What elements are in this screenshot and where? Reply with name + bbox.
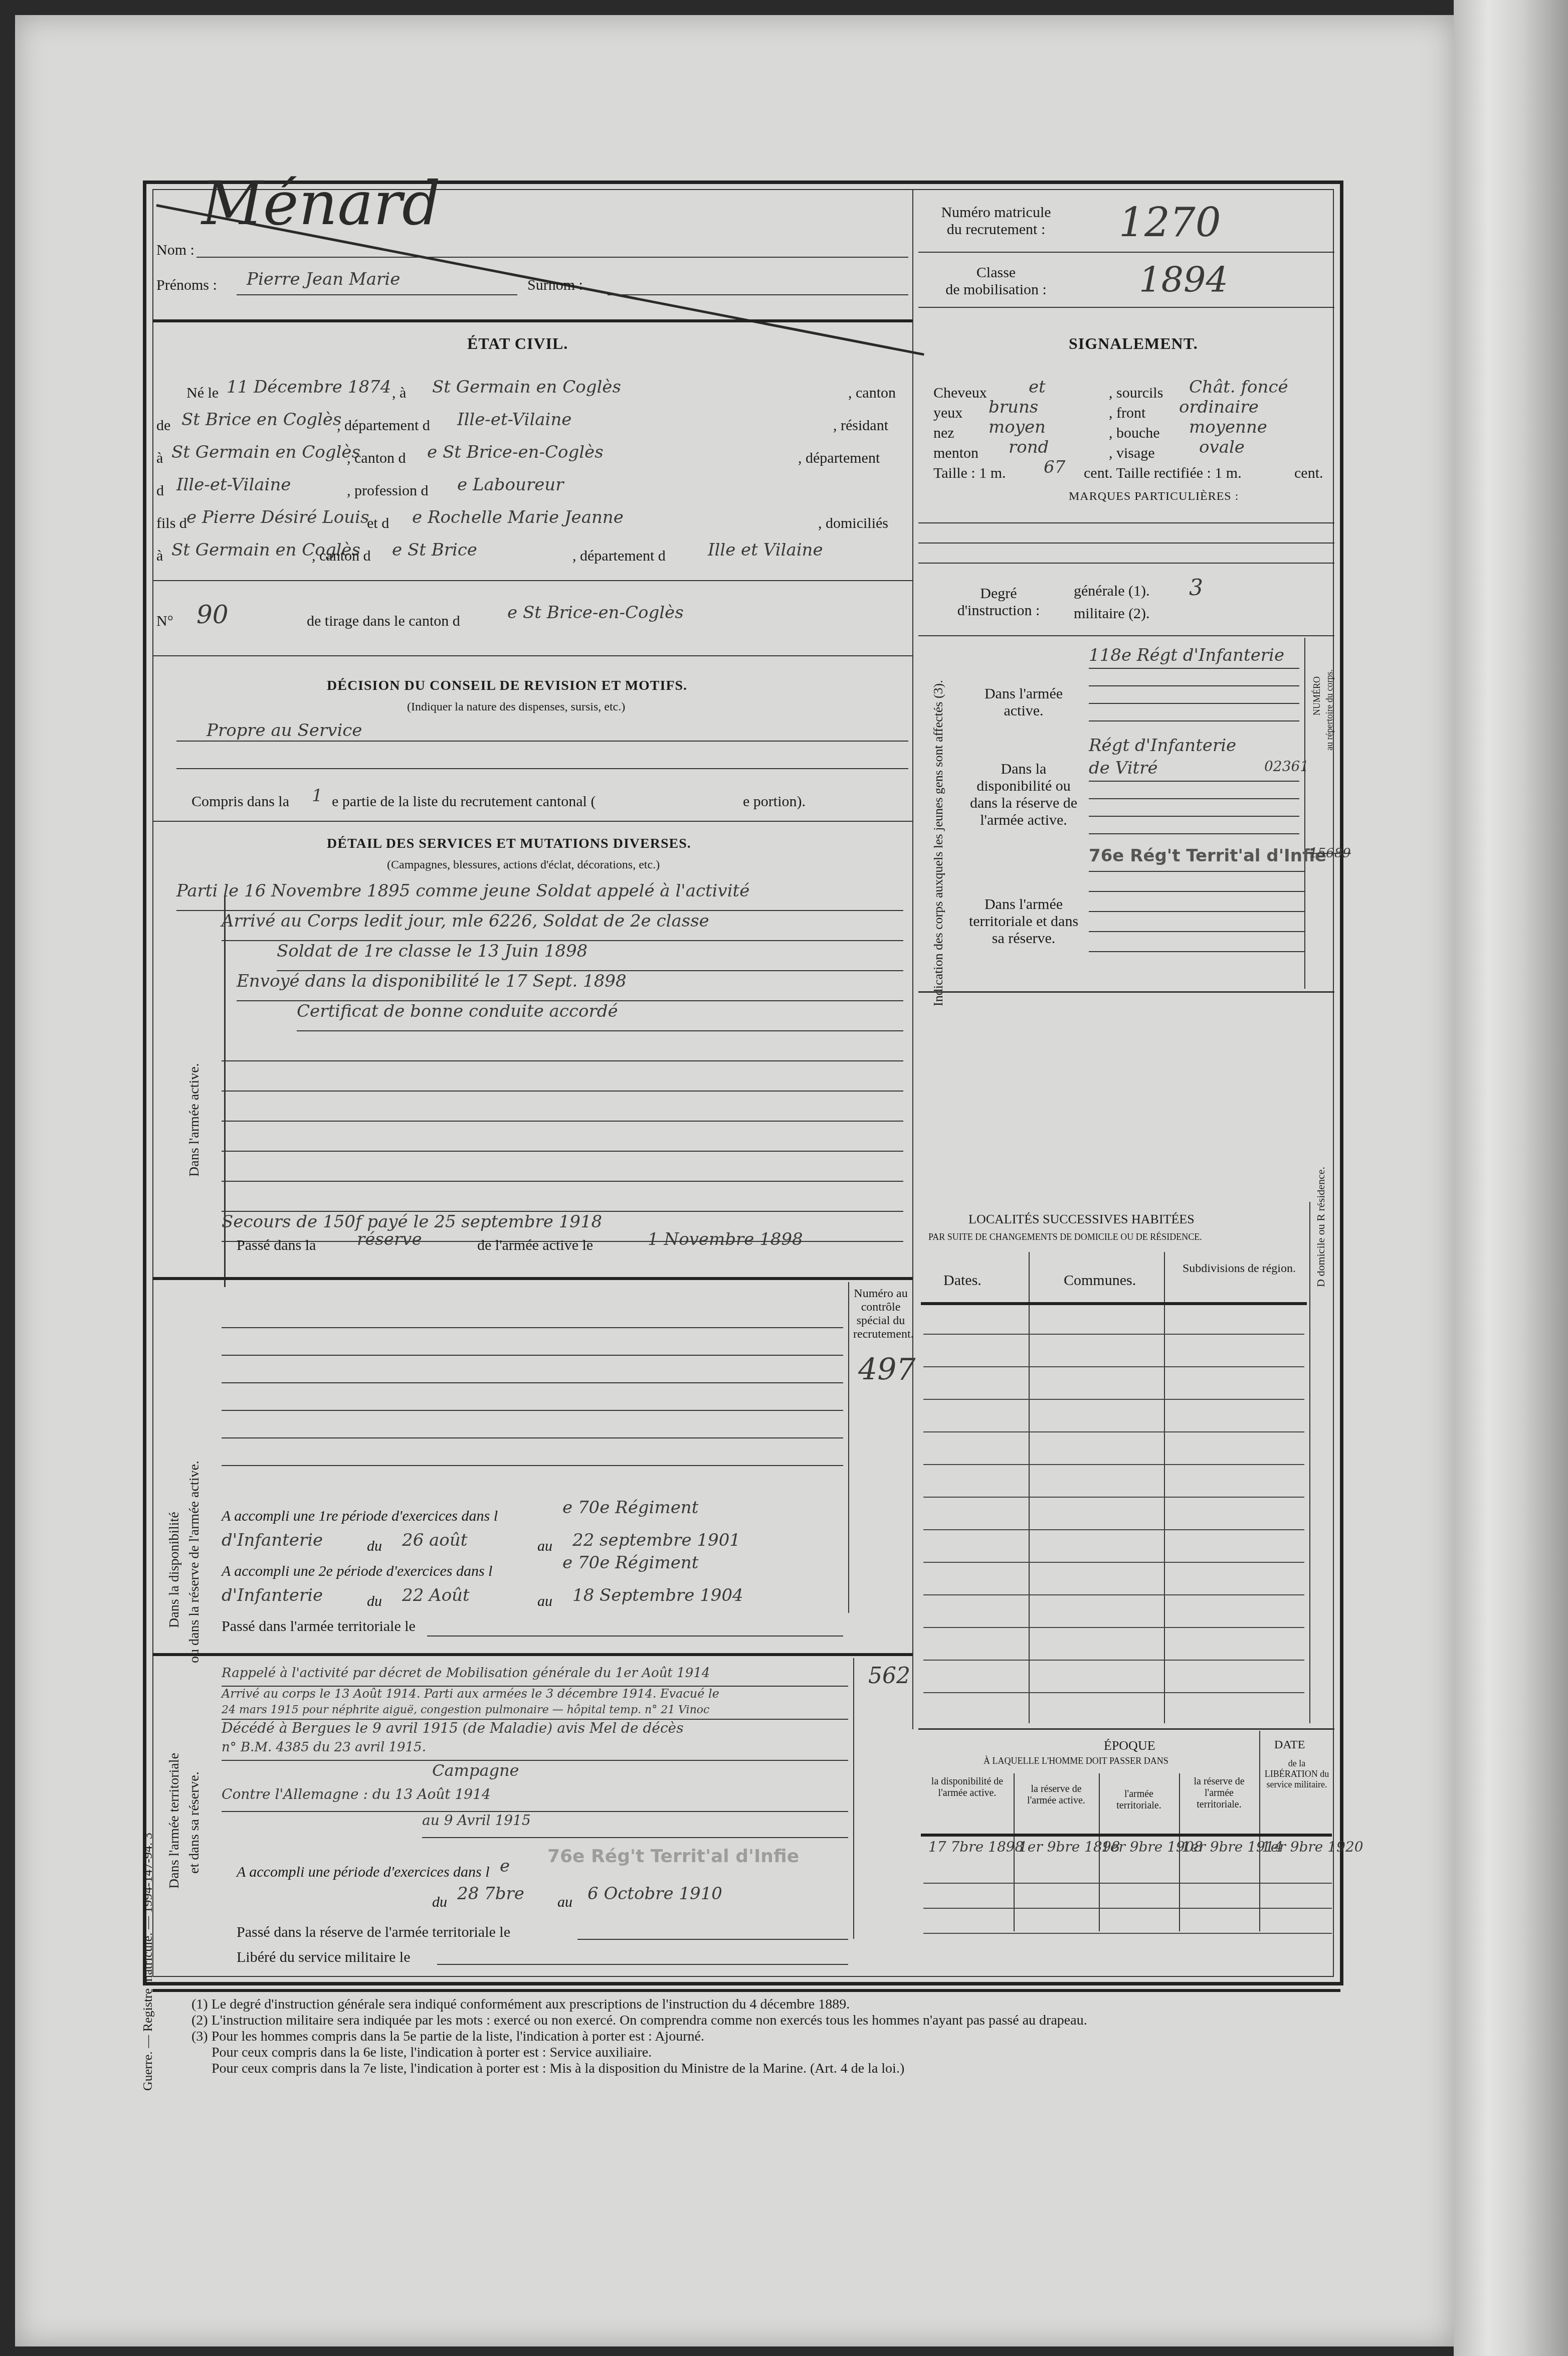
periode1-corps-2: d'Infanterie [222, 1530, 323, 1550]
tirage-canton: e St Brice-en-Coglès [507, 603, 684, 623]
blank-line [1089, 703, 1299, 704]
footnote: (1) Le degré d'instruction générale sera… [191, 1997, 1087, 2013]
canton2-label: , canton d [347, 450, 406, 467]
classe-label-line2: de mobilisation : [928, 281, 1064, 298]
territoriale-stamp: 76e Rég't Territ'al d'Infie [547, 1846, 799, 1867]
territoriale-entry: au 9 Avril 1915 [422, 1812, 848, 1838]
tirage-no-value: 90 [197, 600, 229, 629]
blank-line [222, 1122, 903, 1152]
matricule-underline [918, 252, 1334, 253]
periode1-label: A accompli une 1re période d'exercices d… [222, 1508, 498, 1525]
visage-label: , visage [1109, 445, 1155, 462]
prenoms-label: Prénoms : [156, 277, 217, 294]
compris-value: 1 [312, 786, 323, 806]
periode2-corps-2: d'Infanterie [222, 1585, 323, 1605]
active-value: 118e Régt d'Infanterie [1089, 645, 1284, 665]
services-entries: Parti le 16 Novembre 1895 comme jeune So… [176, 881, 903, 1242]
matricule-value: 1270 [1119, 199, 1221, 246]
departement2-label: , département [798, 450, 880, 467]
periode1-du-label: du [367, 1538, 382, 1555]
localites-col-subdivisions: Subdivisions de région. [1179, 1262, 1299, 1276]
residant-label: , résidant [833, 417, 888, 434]
separator [918, 1728, 1334, 1730]
taille-value: 67 [1044, 457, 1065, 477]
epoque-rows [923, 1859, 1332, 1939]
blank-line [222, 1465, 843, 1466]
localites-side-divider [1309, 1202, 1310, 1723]
blank-line [1089, 911, 1304, 912]
d-label: d [156, 482, 164, 499]
footnote: Pour ceux compris dans la 7e liste, l'in… [212, 2061, 1087, 2077]
taille-label: Taille : 1 m. [933, 465, 1006, 482]
residence: St Germain en Coglès [171, 442, 360, 462]
liberation-label: de la LIBÉRATION du service militaire. [1262, 1758, 1332, 1790]
blank-line [1089, 931, 1304, 932]
passe-value: réserve [357, 1229, 422, 1249]
libere-label: Libéré du service militaire le [237, 1949, 411, 1966]
conseil-title: DÉCISION DU CONSEIL DE REVISION ET MOTIF… [327, 678, 687, 694]
sourcils-value: Chât. foncé [1189, 377, 1288, 397]
territoriale-numero: 562 [868, 1663, 910, 1689]
reserve-vertical-label-1: Dans la disponibilité [166, 1512, 182, 1628]
localites-col-dates: Dates. [943, 1272, 982, 1289]
territoriale-periode-corps: e [500, 1856, 510, 1876]
territoriale-corps-value: 76e Rég't Territ'al d'Infie [1089, 846, 1326, 866]
blank-line [1089, 798, 1299, 799]
decision-line [176, 741, 908, 742]
register-page: Ménard Nom : Prénoms : Pierre Jean Marie… [15, 15, 1454, 2346]
periode2-du-label: du [367, 1593, 382, 1610]
epoque-col-territoriale: l'armée territoriale. [1101, 1788, 1177, 1811]
numero-col-divider [1304, 638, 1305, 989]
generale-value: 3 [1189, 575, 1203, 601]
prenoms-underline [237, 294, 517, 295]
departement-label: , département d [337, 417, 430, 434]
disponibilite-value-1: Régt d'Infanterie [1089, 736, 1236, 756]
service-entry: Parti le 16 Novembre 1895 comme jeune So… [176, 881, 903, 911]
book-edge [1454, 0, 1568, 2356]
territoriale-au-label: au [557, 1894, 572, 1911]
blank-line [222, 1152, 903, 1182]
numero-repertoire-label-2: au répertoire du corps. [1324, 669, 1335, 751]
visage-value: ovale [1199, 437, 1245, 457]
generale-label: générale (1). [1074, 583, 1150, 600]
blank-line [222, 1437, 843, 1438]
epoque-value-disponibilite: 17 7bre 1898 [928, 1839, 1024, 1855]
liberation-title: DATE [1274, 1738, 1305, 1752]
sourcils-label: , sourcils [1109, 385, 1163, 402]
epoque-col-disponibilite: la disponibilité de l'armée active. [923, 1776, 1011, 1799]
classe-underline [918, 307, 1334, 308]
localites-rows [923, 1302, 1304, 1723]
departement-parents: Ille et Vilaine [708, 540, 823, 560]
periode1-au-label: au [537, 1538, 552, 1555]
periode2-du: 22 Août [402, 1585, 470, 1605]
territoriale-du-label: du [432, 1894, 447, 1911]
blank-line [1089, 871, 1304, 872]
reserve-territoriale-line [577, 1939, 848, 1940]
numero-divider [853, 1658, 854, 1939]
menton-label: menton [933, 445, 978, 462]
passe-suffix: de l'armée active le [477, 1237, 593, 1254]
blank-line [1089, 891, 1304, 892]
localites-col-communes: Communes. [1064, 1272, 1136, 1289]
periode1-au: 22 septembre 1901 [572, 1530, 740, 1550]
disponibilite-numero: 02361 [1264, 758, 1309, 775]
separator [152, 821, 912, 822]
blank-line [1089, 816, 1299, 817]
services-title: DÉTAIL DES SERVICES ET MUTATIONS DIVERSE… [327, 836, 691, 852]
service-entry: Arrivé au Corps ledit jour, mle 6226, So… [222, 911, 903, 941]
territoriale-entries: Rappelé à l'activité par décret de Mobil… [222, 1666, 848, 1838]
periode2-au-label: au [537, 1593, 552, 1610]
territoriale-au: 6 Octobre 1910 [587, 1884, 722, 1904]
territoriale-entry: Décédé à Bergues le 9 avril 1915 (de Mal… [222, 1720, 848, 1740]
classe-value: 1894 [1139, 259, 1228, 300]
canton3-label: , canton d [312, 548, 370, 565]
blank-line [222, 1355, 843, 1356]
domicilies-label: , domiciliés [818, 515, 888, 532]
decision-line [176, 768, 908, 769]
compris-suffix: e partie de la liste du recrutement cant… [332, 793, 596, 810]
canton-residence: e St Brice-en-Coglès [427, 442, 604, 462]
front-label: , front [1109, 405, 1145, 422]
departement-naissance: Ille-et-Vilaine [457, 410, 571, 430]
cheveux-label: Cheveux [933, 385, 987, 402]
profession-value: e Laboureur [457, 475, 563, 495]
marques-line [918, 522, 1334, 523]
blank-line [1089, 833, 1299, 834]
territoriale-vertical-label-1: Dans l'armée territoriale [166, 1753, 182, 1889]
libere-line [437, 1964, 848, 1965]
localites-subtitle: PAR SUITE DE CHANGEMENTS DE DOMICILE OU … [928, 1232, 1202, 1242]
territoriale-corps-numero: 15689 [1309, 846, 1351, 861]
matricule-label-line1: Numéro matricule [928, 204, 1064, 221]
front-value: ordinaire [1179, 397, 1259, 417]
blank-line [222, 1382, 843, 1383]
territoriale-periode-label: A accompli une période d'exercices dans … [237, 1864, 490, 1881]
menton-value: rond [1009, 437, 1049, 457]
blank-line [222, 1061, 903, 1092]
disponibilite-label: Dans la disponibilité ou dans la réserve… [963, 761, 1084, 829]
blank-line [222, 1327, 843, 1328]
canton-naissance: St Brice en Coglès [181, 410, 341, 430]
classe-label-line1: Classe [928, 264, 1064, 281]
territoriale-entry: Rappelé à l'activité par décret de Mobil… [222, 1666, 848, 1687]
departement-residence: Ille-et-Vilaine [176, 475, 291, 495]
blank-line [1089, 951, 1304, 952]
periode2-corps-1: e 70e Régiment [562, 1553, 698, 1573]
nom-value: Ménard [202, 169, 441, 239]
periode1-corps-1: e 70e Régiment [562, 1498, 698, 1518]
territoriale-entry: Arrivé au corps le 13 Août 1914. Parti a… [222, 1687, 848, 1704]
territoriale-entry: Contre l'Allemagne : du 13 Août 1914 [222, 1786, 848, 1812]
service-entry: Certificat de bonne conduite accordé [297, 1001, 903, 1031]
blank-line [1089, 685, 1299, 686]
periode2-au: 18 Septembre 1904 [572, 1585, 743, 1605]
blank-line [1089, 720, 1299, 721]
ne-le-label: Né le [186, 385, 219, 402]
footnote: Pour ceux compris dans la 6e liste, l'in… [212, 2045, 1087, 2061]
epoque-col-reserve-active: la réserve de l'armée active. [1016, 1783, 1096, 1806]
a2-label: à [156, 450, 163, 467]
blank-line [222, 1031, 903, 1061]
canton-parents: e St Brice [392, 540, 477, 560]
territoriale-entry: n° B.M. 4385 du 23 avril 1915. [222, 1740, 848, 1761]
compris-label: Compris dans la [191, 793, 289, 810]
liberation-value: 1er 9bre 1920 [1262, 1839, 1363, 1855]
territoriale-vertical-label-2: et dans sa réserve. [186, 1771, 203, 1874]
periode1-du: 26 août [402, 1530, 467, 1550]
yeux-label: yeux [933, 405, 962, 422]
separator [152, 1277, 912, 1280]
numero-controle-label: Numéro au contrôle spécial du recrutemen… [853, 1287, 908, 1341]
cent-label: cent. [1294, 465, 1323, 482]
marques-label: MARQUES PARTICULIÈRES : [1069, 490, 1239, 503]
separator [152, 1989, 1340, 1992]
pere-value: e Pierre Désiré Louis [186, 507, 369, 527]
territoriale-entry: Campagne [432, 1761, 848, 1786]
numero-controle-value: 497 [858, 1352, 916, 1387]
separator [152, 1653, 912, 1656]
de-label: de [156, 417, 170, 434]
passe-territoriale-line [427, 1636, 843, 1637]
nom-label: Nom : [156, 242, 194, 259]
tirage-label: de tirage dans le canton d [307, 613, 460, 630]
instruction-label: Degré d'instruction : [948, 585, 1049, 619]
form-frame: Ménard Nom : Prénoms : Pierre Jean Marie… [143, 180, 1343, 1985]
corps-vertical-label: Indication des corps auxquels les jeunes… [931, 680, 946, 1006]
tirage-no-label: N° [156, 613, 173, 630]
conseil-decision: Propre au Service [207, 720, 362, 741]
surnom-label: Surnom : [527, 277, 583, 294]
instruction-label-1: Degré [948, 585, 1049, 602]
profession-label: , profession d [347, 482, 428, 499]
nez-value: moyen [989, 417, 1046, 437]
bouche-label: , bouche [1109, 425, 1160, 442]
yeux-value: bruns [989, 397, 1038, 417]
canton-label: , canton [848, 385, 896, 402]
passe-date: 1 Novembre 1898 [648, 1229, 803, 1249]
blank-line [222, 1410, 843, 1411]
cheveux-value: et [1029, 377, 1046, 397]
blank-line [222, 1182, 903, 1212]
localites-side-label: D domicile ou R résidence. [1314, 1167, 1327, 1287]
separator [918, 635, 1334, 636]
militaire-label: militaire (2). [1074, 605, 1150, 622]
periode2-label: A accompli une 2e période d'exercices da… [222, 1563, 492, 1580]
territoriale-entry: 24 mars 1915 pour néphrite aiguë, conges… [222, 1704, 848, 1720]
epoque-header-rule [921, 1834, 1332, 1837]
passe-label: Passé dans la [237, 1237, 316, 1254]
passe-territoriale-label: Passé dans l'armée territoriale le [222, 1618, 416, 1635]
numero-divider [848, 1282, 849, 1613]
territoriale-corps-label: Dans l'armée territoriale et dans sa rés… [968, 896, 1079, 947]
nom-underline [197, 257, 908, 258]
footnotes: (1) Le degré d'instruction générale sera… [191, 1997, 1087, 2077]
a3-label: à [156, 548, 163, 565]
etat-civil-title: ÉTAT CIVIL. [467, 334, 568, 353]
service-entry: Envoyé dans la disponibilité le 17 Sept.… [237, 971, 903, 1001]
active-label: Dans l'armée active. [968, 685, 1079, 719]
separator [152, 319, 912, 322]
epoque-subtitle: À LAQUELLE L'HOMME DOIT PASSER DANS [984, 1756, 1168, 1766]
separator [152, 580, 912, 581]
a-label: , à [392, 385, 406, 402]
prenoms-value: Pierre Jean Marie [247, 269, 400, 289]
reserve-vertical-label-2: ou dans la réserve de l'armée active. [186, 1461, 203, 1663]
margin-imprint: Guerre. — Registre matricule. — 1994-147… [140, 1833, 155, 2091]
disponibilite-value-2: de Vitré [1089, 758, 1158, 778]
conseil-subtitle: (Indiquer la nature des dispenses, sursi… [407, 700, 625, 714]
nez-label: nez [933, 425, 954, 442]
date-naissance: 11 Décembre 1874 [227, 377, 391, 397]
departement3-label: , département d [572, 548, 666, 565]
portion-suffix: e portion). [743, 793, 806, 810]
blank-line [1089, 781, 1299, 782]
separator [152, 655, 912, 656]
marques-line [918, 542, 1334, 543]
service-entry: Soldat de 1re classe le 13 Juin 1898 [277, 941, 903, 971]
blank-line [222, 1092, 903, 1122]
epoque-col-reserve-territoriale: la réserve de l'armée territoriale. [1182, 1776, 1257, 1810]
signalement-title: SIGNALEMENT. [1069, 334, 1198, 353]
surnom-underline [608, 294, 908, 295]
et-de-label: et d [367, 515, 389, 532]
territoriale-du: 28 7bre [457, 1884, 524, 1904]
fils-label: fils d [156, 515, 187, 532]
numero-repertoire-label-1: NUMÉRO [1312, 676, 1322, 715]
epoque-title: ÉPOQUE [1104, 1738, 1155, 1753]
mere-value: e Rochelle Marie Jeanne [412, 507, 624, 527]
separator [918, 991, 1334, 993]
taille-suffix: cent. Taille rectifiée : 1 m. [1084, 465, 1242, 482]
bouche-value: moyenne [1189, 417, 1267, 437]
footnote: (3) Pour les hommes compris dans la 5e p… [191, 2029, 1087, 2045]
classe-label: Classe de mobilisation : [928, 264, 1064, 298]
lieu-naissance: St Germain en Coglès [432, 377, 621, 397]
reserve-territoriale-label: Passé dans la réserve de l'armée territo… [237, 1924, 510, 1941]
services-subtitle: (Campagnes, blessures, actions d'éclat, … [387, 858, 660, 872]
matricule-label-line2: du recrutement : [928, 221, 1064, 238]
marques-line [918, 563, 1334, 564]
localites-title: LOCALITÉS SUCCESSIVES HABITÉES [968, 1212, 1195, 1227]
footnote: (2) L'instruction militaire sera indiqué… [191, 2013, 1087, 2029]
column-divider [912, 190, 913, 1729]
instruction-label-2: d'instruction : [948, 602, 1049, 619]
blank-line [1089, 668, 1299, 669]
matricule-label: Numéro matricule du recrutement : [928, 204, 1064, 238]
